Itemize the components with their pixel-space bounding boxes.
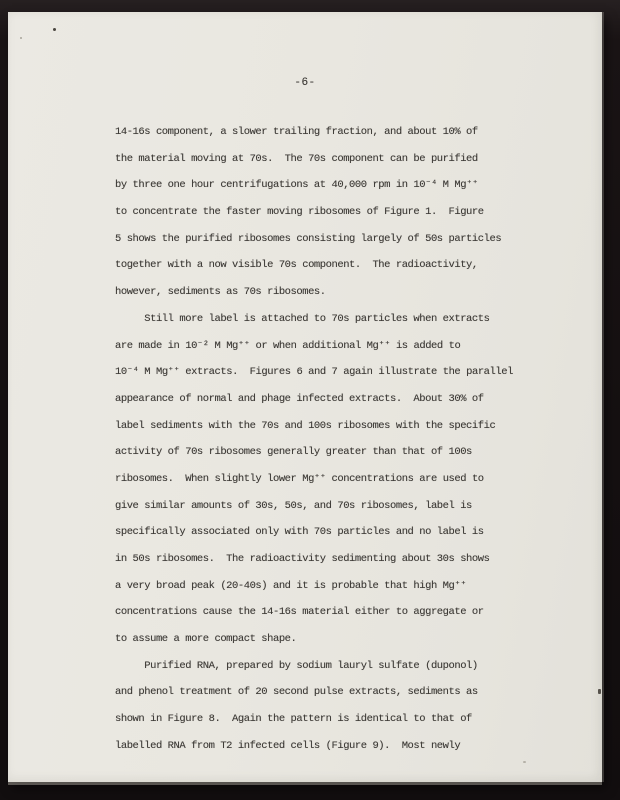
paper-blemish (523, 761, 526, 763)
text-line: Purified RNA, prepared by sodium lauryl … (115, 653, 545, 680)
text-line: labelled RNA from T2 infected cells (Fig… (115, 733, 545, 760)
ink-speck (53, 28, 56, 31)
text-line: the material moving at 70s. The 70s comp… (115, 146, 545, 173)
text-line: to concentrate the faster moving ribosom… (115, 199, 545, 226)
text-line: and phenol treatment of 20 second pulse … (115, 679, 545, 706)
text-line: together with a now visible 70s componen… (115, 252, 545, 279)
text-line: are made in 10⁻² M Mg⁺⁺ or when addition… (115, 333, 545, 360)
text-line: 10⁻⁴ M Mg⁺⁺ extracts. Figures 6 and 7 ag… (115, 359, 545, 386)
text-line: specifically associated only with 70s pa… (115, 519, 545, 546)
text-line: to assume a more compact shape. (115, 626, 545, 653)
text-line: concentrations cause the 14-16s material… (115, 599, 545, 626)
text-line: ribosomes. When slightly lower Mg⁺⁺ conc… (115, 466, 545, 493)
text-line: activity of 70s ribosomes generally grea… (115, 439, 545, 466)
photo-backdrop: -6- 14-16s component, a slower trailing … (0, 0, 620, 800)
text-line: appearance of normal and phage infected … (115, 386, 545, 413)
text-line: 14-16s component, a slower trailing frac… (115, 119, 545, 146)
paper-blemish (20, 37, 22, 39)
text-line: 5 shows the purified ribosomes consistin… (115, 226, 545, 253)
document-page: -6- 14-16s component, a slower trailing … (8, 12, 602, 782)
text-line: shown in Figure 8. Again the pattern is … (115, 706, 545, 733)
text-line: however, sediments as 70s ribosomes. (115, 279, 545, 306)
text-line: a very broad peak (20-40s) and it is pro… (115, 573, 545, 600)
page-edge-nick (598, 689, 601, 694)
text-line: give similar amounts of 30s, 50s, and 70… (115, 493, 545, 520)
text-line: in 50s ribosomes. The radioactivity sedi… (115, 546, 545, 573)
page-number: -6- (8, 76, 602, 91)
text-line: Still more label is attached to 70s part… (115, 306, 545, 333)
document-body-text: 14-16s component, a slower trailing frac… (115, 119, 545, 760)
text-line: by three one hour centrifugations at 40,… (115, 172, 545, 199)
text-line: label sediments with the 70s and 100s ri… (115, 413, 545, 440)
